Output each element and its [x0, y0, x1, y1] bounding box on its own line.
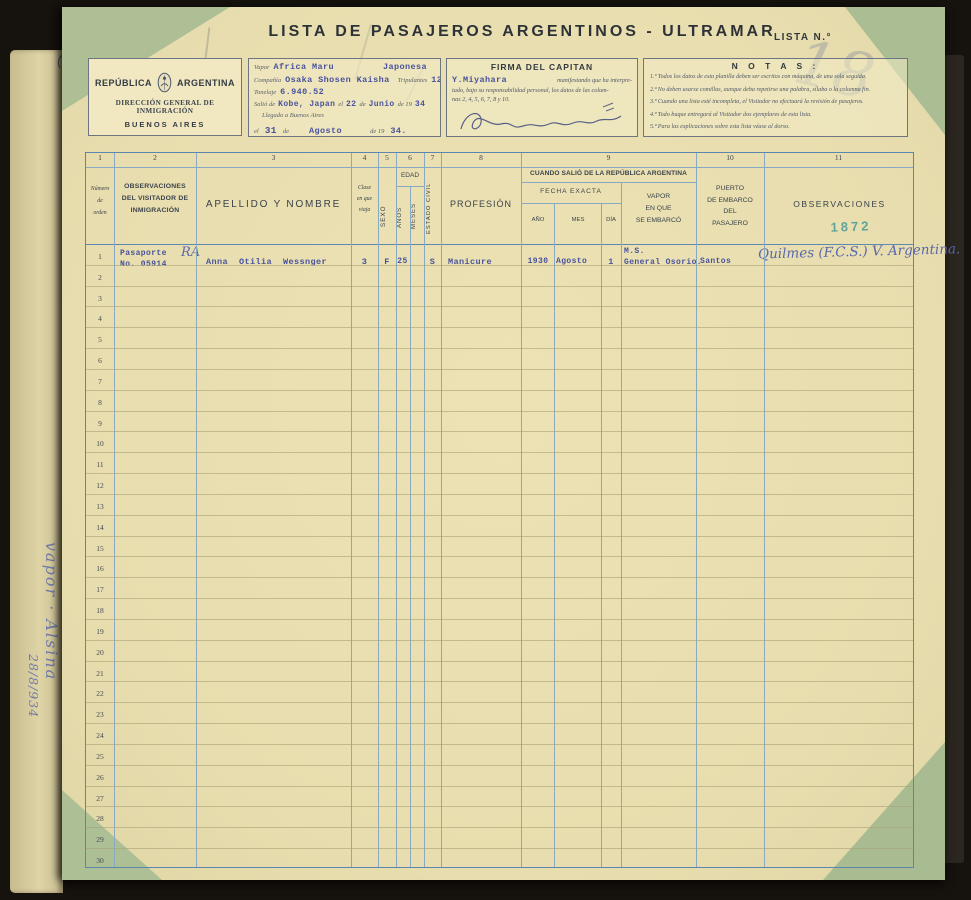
note-item: 3.ª Cuando una lista esté incompleta, el… [650, 96, 901, 109]
agency-city: BUENOS AIRES [89, 120, 241, 129]
company-value: Osaka Shosen Kaisha [285, 75, 390, 85]
column-line [696, 153, 697, 867]
row-number: 17 [86, 585, 114, 596]
vapor-value: Africa Maru [274, 62, 335, 72]
column-number: 11 [764, 153, 913, 167]
de19-label: de 19 [398, 101, 412, 108]
row-divider [86, 765, 913, 766]
scanned-document-photo: vapor · Alsina 28/8/934 LISTA DE PASAJER… [0, 0, 971, 900]
vapor-label: Vapor [254, 64, 270, 71]
arrived-label: Llegado a Buenos Aires [262, 112, 324, 119]
row-divider [86, 390, 913, 391]
header-observaciones: OBSERVACIONES [766, 199, 913, 209]
crew-label: Tripulantes [398, 77, 428, 84]
row-number: 5 [86, 335, 114, 346]
de-label: de [359, 101, 365, 108]
row-number: 25 [86, 752, 114, 763]
notes-box: N O T A S : 1.ª Todos los datos de esta … [643, 58, 908, 137]
row-number: 11 [86, 460, 114, 471]
arrived-day: 31 [265, 125, 277, 136]
column-number: 4 [351, 153, 378, 167]
row-number: 4 [86, 314, 114, 325]
column-number: 8 [441, 153, 521, 167]
el-label: el [338, 101, 343, 108]
row-divider [86, 723, 913, 724]
row-number: 1 [86, 252, 114, 263]
column-line [441, 153, 442, 867]
header-edad: EDAD [396, 172, 424, 179]
row-divider [86, 577, 913, 578]
captain-signature [455, 99, 633, 137]
arrived-year: 34. [390, 126, 407, 136]
margin-date-text: 28/8/934 [26, 654, 41, 836]
row-number: 27 [86, 794, 114, 805]
row-number: 12 [86, 481, 114, 492]
row-divider [86, 786, 913, 787]
row-divider [86, 265, 913, 266]
row-number: 23 [86, 710, 114, 721]
row-number: 8 [86, 398, 114, 409]
form-page: LISTA DE PASAJEROS ARGENTINOS - ULTRAMAR… [62, 7, 945, 880]
header-vapor-embarco: VAPOR EN QUE SE EMBARCÓ [621, 191, 696, 227]
note-item: 1.ª Todos los datos de esta planilla deb… [650, 71, 901, 84]
table-rule [521, 203, 621, 204]
de-label: de [283, 128, 289, 135]
row-number: 15 [86, 544, 114, 555]
column-line [114, 153, 115, 867]
number-stamp: 1872 [776, 216, 926, 236]
row-divider [86, 598, 913, 599]
agency-name-right: ARGENTINA [177, 78, 235, 88]
header-meses: MESES [411, 191, 423, 241]
table-rule [86, 167, 913, 168]
row-divider [86, 348, 913, 349]
header-ano: AÑO [522, 217, 554, 223]
column-number: 1 [86, 153, 114, 167]
page-title: LISTA DE PASAJEROS ARGENTINOS - ULTRAMAR [212, 23, 832, 41]
coat-of-arms-icon [157, 72, 172, 93]
column-number: 6 [396, 153, 424, 167]
header-puerto-embarco: PUERTO DE EMBARCO DEL PASAJERO [696, 183, 764, 229]
row-number: 13 [86, 502, 114, 513]
sailed-year: 34 [415, 100, 425, 109]
margin-vapor-text: vapor · Alsina [42, 542, 61, 681]
note-item: 4.ª Todo buque entregará al Visitador do… [650, 109, 901, 122]
arrived-month: Agosto [309, 126, 342, 136]
row-number: 6 [86, 356, 114, 367]
column-line [196, 153, 197, 867]
header-numero-orden: Número de orden [86, 183, 114, 219]
column-line [396, 153, 397, 867]
row-number: 3 [86, 294, 114, 305]
row-divider [86, 848, 913, 849]
row-divider [86, 327, 913, 328]
nationality-value: Japonesa [383, 62, 427, 72]
column-number: 3 [196, 153, 351, 167]
row-divider [86, 702, 913, 703]
column-line [378, 153, 379, 867]
sailed-day: 22 [346, 100, 356, 109]
passenger-table: Número de orden OBSERVACIONES DEL VISITA… [85, 152, 914, 868]
crew-value: 124 [431, 75, 441, 85]
row-divider [86, 619, 913, 620]
row-divider [86, 536, 913, 537]
row-divider [86, 494, 913, 495]
captain-box: FIRMA DEL CAPITAN Y.Miyahara manifestand… [446, 58, 638, 137]
row-number: 24 [86, 731, 114, 742]
row-number: 20 [86, 648, 114, 659]
company-label: Compañía [254, 77, 281, 84]
tonnage-value: 6.940.52 [280, 87, 324, 97]
row-divider [86, 827, 913, 828]
header-cuando-salio: CUANDO SALIÓ DE LA REPÚBLICA ARGENTINA [522, 170, 695, 177]
cell-observaciones-handwriting: Quilmes (F.C.S.) V. Argentina. [758, 239, 971, 262]
captain-clause-2: tado, bajo su responsabilidad personal, … [452, 86, 632, 96]
column-number: 10 [696, 153, 764, 167]
row-number: 7 [86, 377, 114, 388]
row-number: 26 [86, 773, 114, 784]
row-divider [86, 744, 913, 745]
el-label: el [254, 128, 259, 135]
column-number: 5 [378, 153, 396, 167]
header-apellido-nombre: APELLIDO Y NOMBRE [196, 199, 351, 210]
header-fecha-exacta: FECHA EXACTA [521, 188, 621, 195]
row-number: 14 [86, 523, 114, 534]
sailed-port: Kobe, Japan [278, 100, 335, 109]
row-divider [86, 556, 913, 557]
row-divider [86, 411, 913, 412]
table-rule [521, 182, 696, 183]
header-mes: MES [555, 217, 601, 223]
row-number: 28 [86, 814, 114, 825]
row-divider [86, 452, 913, 453]
header-clase: Clase en que viaja [351, 183, 378, 216]
row-divider [86, 806, 913, 807]
captain-name: Y.Miyahara [452, 75, 507, 85]
row-divider [86, 681, 913, 682]
captain-box-title: FIRMA DEL CAPITAN [452, 62, 632, 72]
de19-label: de 19 [370, 128, 384, 135]
agency-name-left: REPÚBLICA [95, 78, 152, 88]
agency-department: DIRECCIÓN GENERAL DE INMIGRACIÓN [89, 99, 241, 115]
header-estado-civil: ESTADO CIVIL [426, 175, 440, 241]
row-divider [86, 306, 913, 307]
row-number: 29 [86, 835, 114, 846]
column-number: 9 [521, 153, 696, 167]
column-number: 7 [424, 153, 441, 167]
column-line [351, 153, 352, 867]
row-number: 9 [86, 419, 114, 430]
column-line [424, 153, 425, 867]
row-divider [86, 473, 913, 474]
notes-title: N O T A S : [650, 61, 901, 71]
row-divider [86, 661, 913, 662]
row-divider [86, 515, 913, 516]
column-line [521, 153, 522, 867]
tonnage-label: Tonelaje [254, 89, 276, 96]
sailed-label: Salió de [254, 101, 275, 108]
column-line [764, 153, 765, 867]
header-anos: AÑOS [397, 193, 409, 241]
row-divider [86, 369, 913, 370]
header-profesion: PROFESIÓN [441, 199, 521, 209]
header-observaciones-visitador: OBSERVACIONES DEL VISITADOR DE INMIGRACI… [116, 181, 194, 217]
ship-info-box: Vapor Africa Maru Japonesa Compañía Osak… [248, 58, 441, 137]
row-number: 16 [86, 564, 114, 575]
row-number: 30 [86, 856, 114, 867]
row-number: 10 [86, 439, 114, 450]
row-number: 18 [86, 606, 114, 617]
visitor-initials-handwriting: RA [181, 245, 200, 260]
row-number: 22 [86, 689, 114, 700]
row-number: 19 [86, 627, 114, 638]
row-divider [86, 286, 913, 287]
note-item: 5.ª Para las explicaciones sobre esta li… [650, 121, 901, 134]
row-number: 2 [86, 273, 114, 284]
sailed-month: Junio [369, 100, 395, 109]
column-number: 2 [114, 153, 196, 167]
row-divider [86, 640, 913, 641]
cell-observaciones-visitador: Pasaporte No. 05914 [120, 248, 167, 270]
book-edge-right [944, 55, 964, 863]
margin-handwriting: vapor · Alsina 28/8/934 [15, 536, 61, 836]
header-sexo: SEXO [380, 191, 395, 241]
row-number: 21 [86, 669, 114, 680]
agency-box: REPÚBLICA ARGENTINA DIRECCIÓN GENERAL DE… [88, 58, 242, 136]
row-divider [86, 431, 913, 432]
captain-clause-1: manifestando que ha interpre- [557, 76, 632, 86]
header-dia: DÍA [601, 217, 621, 223]
note-item: 2.ª No deben usarse comillas, aunque deb… [650, 84, 901, 97]
